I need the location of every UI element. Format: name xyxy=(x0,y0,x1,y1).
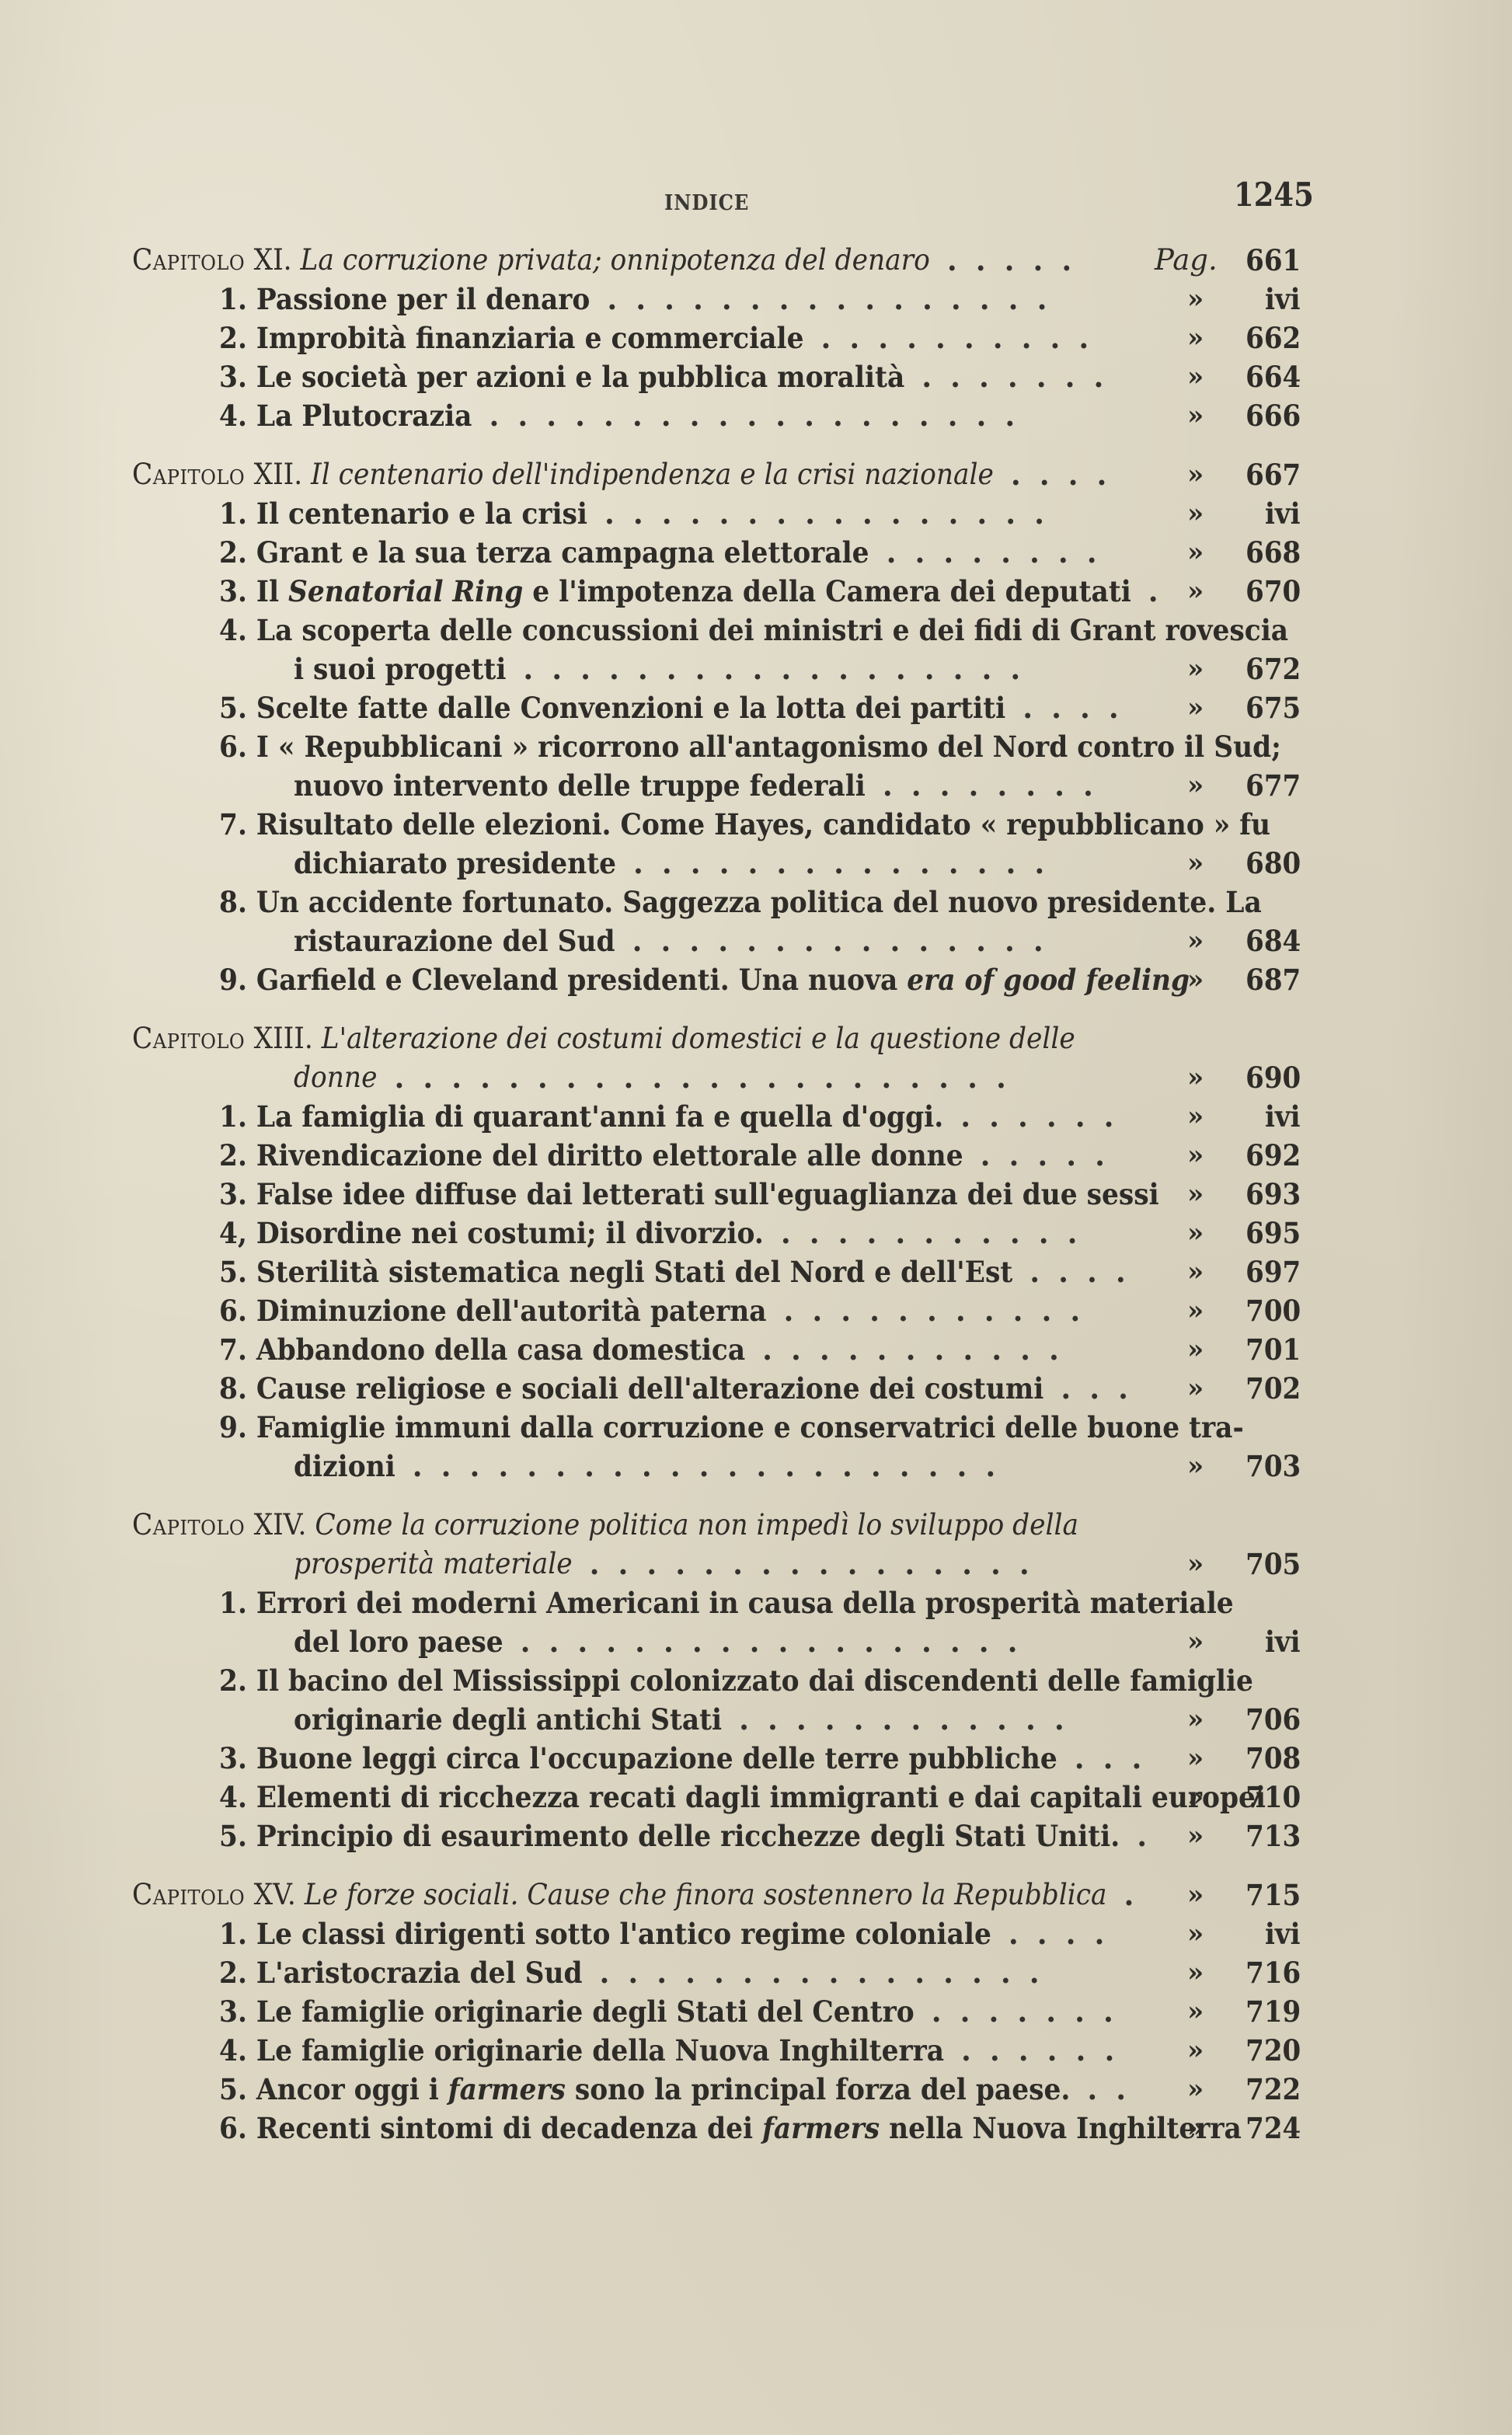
ditto-mark: » xyxy=(1187,844,1204,883)
ditto-mark: » xyxy=(1187,455,1204,494)
ditto-mark: » xyxy=(1187,1136,1204,1175)
leader-dots: ........ xyxy=(887,533,1116,572)
toc-entry[interactable]: 9. Garfield e Cleveland presidenti. Una … xyxy=(0,960,1512,999)
chapter-block: Capitolo XIII. L'alterazione dei costumi… xyxy=(0,1019,1512,1486)
toc-entry[interactable]: 2. Improbità finanziaria e commerciale»6… xyxy=(0,319,1512,357)
book-page: INDICE 1245 Capitolo XI. La corruzione p… xyxy=(0,0,1512,2435)
toc-entry[interactable]: 2. L'aristocrazia del Sud»716...........… xyxy=(0,1953,1512,1992)
entry-title: 5. Scelte fatte dalle Convenzioni e la l… xyxy=(219,688,1005,727)
entry-page-number: 668 xyxy=(1245,533,1301,572)
toc-entry[interactable]: 3. False idee diffuse dai letterati sull… xyxy=(0,1175,1512,1214)
entry-page-number: 700 xyxy=(1245,1291,1301,1330)
entry-title: 3. False idee diffuse dai letterati sull… xyxy=(219,1175,1159,1214)
chapter-block: Capitolo XV. Le forze sociali. Cause che… xyxy=(0,1876,1512,2148)
entry-title: 2. Grant e la sua terza campagna elettor… xyxy=(219,533,869,572)
entry-page-number: 708 xyxy=(1245,1739,1301,1778)
chapter-number: XIV. xyxy=(254,1508,315,1541)
leader-dots: ... xyxy=(1061,1369,1147,1408)
toc-entry[interactable]: 2. Grant e la sua terza campagna elettor… xyxy=(0,533,1512,572)
ditto-mark: » xyxy=(1187,688,1204,727)
entry-page-number: 680 xyxy=(1245,844,1301,883)
entry-page-number: 713 xyxy=(1245,1817,1301,1855)
ditto-mark: » xyxy=(1187,1291,1204,1330)
toc-entry[interactable]: 3. Le famiglie originarie degli Stati de… xyxy=(0,1992,1512,2031)
entry-title: nuovo intervento delle truppe federali xyxy=(294,766,866,805)
chapter-title-text: L'alterazione dei costumi domestici e la… xyxy=(322,1022,1075,1055)
entry-page-number: 675 xyxy=(1245,688,1301,727)
ditto-mark: » xyxy=(1187,1992,1204,2031)
chapter-page-number: 705 xyxy=(1245,1545,1301,1583)
entry-title: 6. Recenti sintomi di decadenza dei farm… xyxy=(219,2109,1242,2148)
toc-entry[interactable]: 7. Abbandono della casa domestica»701...… xyxy=(0,1330,1512,1369)
ditto-mark: » xyxy=(1187,1622,1204,1661)
entry-page-number: 722 xyxy=(1245,2070,1301,2109)
entry-title: 8. Un accidente fortunato. Saggezza poli… xyxy=(219,883,1262,921)
leader-dots: ................... xyxy=(489,396,1033,435)
leader-dots: .................. xyxy=(523,650,1039,688)
leader-dots: ... xyxy=(1075,1739,1161,1778)
toc-entry[interactable]: 9. Famiglie immuni dalla corruzione e co… xyxy=(0,1408,1512,1447)
chapter-heading-continuation[interactable]: prosperità materiale»705................ xyxy=(0,1545,1512,1583)
entry-title: 4. La Plutocrazia xyxy=(219,396,472,435)
ditto-mark: » xyxy=(1187,1739,1204,1778)
leader-dots: ........... xyxy=(762,1330,1078,1369)
ditto-mark: » xyxy=(1187,1447,1204,1486)
entry-title: 9. Famiglie immuni dalla corruzione e co… xyxy=(219,1408,1244,1447)
entry-page-number: 693 xyxy=(1245,1175,1301,1214)
entry-title: 1. Passione per il denaro xyxy=(219,280,590,319)
chapter-title: Capitolo XIV. Come la corruzione politic… xyxy=(132,1506,1078,1545)
ditto-mark: » xyxy=(1187,921,1204,960)
chapter-label: Capitolo xyxy=(132,1508,254,1541)
toc-entry[interactable]: 4. Elementi di ricchezza recati dagli im… xyxy=(0,1778,1512,1817)
chapter-title: prosperità materiale xyxy=(294,1545,573,1583)
entry-title: 4, Disordine nei costumi; il divorzio. xyxy=(219,1214,764,1252)
entry-page-number: 702 xyxy=(1245,1369,1301,1408)
chapter-heading[interactable]: Capitolo XIV. Come la corruzione politic… xyxy=(0,1506,1512,1545)
chapter-heading[interactable]: Capitolo XIII. L'alterazione dei costumi… xyxy=(0,1019,1512,1058)
entry-title: 3. Le società per azioni e la pubblica m… xyxy=(219,357,904,396)
leader-dots: ................ xyxy=(600,1953,1058,1992)
entry-title: 1. La famiglia di quarant'anni fa e quel… xyxy=(219,1097,943,1136)
toc-entry[interactable]: 7. Risultato delle elezioni. Come Hayes,… xyxy=(0,805,1512,844)
toc-entry[interactable]: 3. Le società per azioni e la pubblica m… xyxy=(0,357,1512,396)
entry-page-number: 716 xyxy=(1245,1953,1301,1992)
leader-dots: ........... xyxy=(781,1214,1096,1252)
toc-entry[interactable]: 4. La scoperta delle concussioni dei min… xyxy=(0,611,1512,650)
entry-page-number: 684 xyxy=(1245,921,1301,960)
chapter-number: XV. xyxy=(254,1878,305,1911)
leader-dots: ....... xyxy=(932,1992,1132,2031)
entry-title: 9. Garfield e Cleveland presidenti. Una … xyxy=(219,960,1190,999)
page-number: 1245 xyxy=(1234,176,1314,214)
entry-page-number: 672 xyxy=(1245,650,1301,688)
entry-page-number: 677 xyxy=(1245,766,1301,805)
leader-dots: ........ xyxy=(883,766,1112,805)
chapter-title-text: La corruzione privata; onnipotenza del d… xyxy=(301,243,930,277)
ditto-mark: » xyxy=(1187,1817,1204,1855)
toc-entry[interactable]: 4. Le famiglie originarie della Nuova In… xyxy=(0,2031,1512,2070)
entry-page-number: 664 xyxy=(1245,357,1301,396)
italic-phrase: Senatorial Ring xyxy=(288,574,523,608)
toc-entry[interactable]: 8. Un accidente fortunato. Saggezza poli… xyxy=(0,883,1512,921)
toc-entry[interactable]: 1. Il centenario e la crisi»ivi.........… xyxy=(0,494,1512,533)
leader-dots: ..... xyxy=(947,241,1090,280)
ditto-mark: » xyxy=(1187,1330,1204,1369)
leader-dots: ................ xyxy=(607,280,1065,319)
chapter-heading-continuation[interactable]: donne»690...................... xyxy=(0,1058,1512,1097)
entry-title: 3. Il Senatorial Ring e l'impotenza dell… xyxy=(219,572,1131,611)
toc-entry[interactable]: 4, Disordine nei costumi; il divorzio.»6… xyxy=(0,1214,1512,1252)
ditto-mark: » xyxy=(1187,357,1204,396)
ditto-mark: » xyxy=(1187,1545,1204,1583)
ditto-mark: » xyxy=(1187,1700,1204,1739)
toc-entry[interactable]: 6. I « Repubblicani » ricorrono all'anta… xyxy=(0,727,1512,766)
ditto-mark: » xyxy=(1187,572,1204,611)
entry-page-number: 670 xyxy=(1245,572,1301,611)
entry-title: 2. Improbità finanziaria e commerciale xyxy=(219,319,803,357)
toc-entry-continuation[interactable]: dizioni»703..................... xyxy=(0,1447,1512,1486)
leader-dots: ................ xyxy=(604,494,1063,533)
leader-dots: ...................... xyxy=(394,1058,1024,1097)
entry-page-number: ivi xyxy=(1265,494,1301,533)
entry-title: 2. L'aristocrazia del Sud xyxy=(219,1953,583,1992)
leader-dots: ...... xyxy=(960,1097,1132,1136)
entry-title: originarie degli antichi Stati xyxy=(294,1700,722,1739)
entry-title: 5. Sterilità sistematica negli Stati del… xyxy=(219,1252,1012,1291)
chapter-label: Capitolo xyxy=(132,243,254,277)
entry-page-number: 695 xyxy=(1245,1214,1301,1252)
entry-page-number: 692 xyxy=(1245,1136,1301,1175)
entry-title: 7. Risultato delle elezioni. Come Hayes,… xyxy=(219,805,1270,844)
chapter-page-number: 690 xyxy=(1245,1058,1301,1097)
entry-title: i suoi progetti xyxy=(294,650,506,688)
chapter-label: Capitolo xyxy=(132,1022,254,1055)
toc-entry[interactable]: 5. Scelte fatte dalle Convenzioni e la l… xyxy=(0,688,1512,727)
leader-dots: ............ xyxy=(739,1700,1083,1739)
entry-title: 7. Abbandono della casa domestica xyxy=(219,1330,745,1369)
italic-phrase: farmers xyxy=(762,2111,880,2145)
chapter-label: Capitolo xyxy=(132,1878,254,1911)
italic-phrase: farmers xyxy=(448,2072,566,2106)
chapter-page-number: 715 xyxy=(1245,1876,1301,1914)
entry-page-number: ivi xyxy=(1265,1622,1301,1661)
ditto-mark: » xyxy=(1187,280,1204,319)
chapter-heading[interactable]: Capitolo XI. La corruzione privata; onni… xyxy=(0,241,1512,280)
leader-dots: ...... xyxy=(961,2031,1133,2070)
ditto-mark: » xyxy=(1187,2109,1204,2148)
entry-page-number: 720 xyxy=(1245,2031,1301,2070)
entry-title: 4. La scoperta delle concussioni dei min… xyxy=(219,611,1288,650)
entry-page-number: 687 xyxy=(1245,960,1301,999)
ditto-mark: » xyxy=(1187,319,1204,357)
chapter-block: Capitolo XII. Il centenario dell'indipen… xyxy=(0,455,1512,999)
running-head: INDICE 1245 xyxy=(0,180,1512,219)
chapter-title-text: Le forze sociali. Cause che finora soste… xyxy=(305,1878,1107,1911)
chapter-title-text: donne xyxy=(294,1061,377,1094)
leader-dots: .... xyxy=(1029,1252,1144,1291)
leader-dots: . xyxy=(1124,1876,1153,1914)
ditto-mark: » xyxy=(1187,1058,1204,1097)
toc-entry[interactable]: 6. Recenti sintomi di decadenza dei farm… xyxy=(0,2109,1512,2148)
leader-dots: .. xyxy=(1087,2070,1144,2109)
toc-entry[interactable]: 3. Il Senatorial Ring e l'impotenza dell… xyxy=(0,572,1512,611)
toc-entry[interactable]: 6. Diminuzione dell'autorità paterna»700… xyxy=(0,1291,1512,1330)
chapter-heading[interactable]: Capitolo XII. Il centenario dell'indipen… xyxy=(0,455,1512,494)
ditto-mark: » xyxy=(1187,1097,1204,1136)
running-title: INDICE xyxy=(664,191,749,215)
entry-title: 5. Principio di esaurimento delle ricche… xyxy=(219,1817,1120,1855)
entry-title: 6. I « Repubblicani » ricorrono all'anta… xyxy=(219,727,1281,766)
toc-entry[interactable]: 5. Principio di esaurimento delle ricche… xyxy=(0,1817,1512,1855)
ditto-mark: » xyxy=(1187,2031,1204,2070)
toc-entry[interactable]: 8. Cause religiose e sociali dell'altera… xyxy=(0,1369,1512,1408)
chapter-title: donne xyxy=(294,1058,377,1097)
leader-dots: .................. xyxy=(521,1622,1036,1661)
ditto-mark: » xyxy=(1187,1953,1204,1992)
chapter-number: XI. xyxy=(254,243,301,277)
ditto-mark: » xyxy=(1187,650,1204,688)
leader-dots: .... xyxy=(1023,688,1137,727)
entry-title: 3. Le famiglie originarie degli Stati de… xyxy=(219,1992,915,2031)
chapter-number: XIII. xyxy=(254,1022,322,1055)
chapter-title-text: prosperità materiale xyxy=(294,1547,573,1580)
toc-entry[interactable]: 2. Il bacino del Mississippi colonizzato… xyxy=(0,1661,1512,1700)
entry-title: 3. Buone leggi circa l'occupazione delle… xyxy=(219,1739,1057,1778)
entry-title: del loro paese xyxy=(294,1622,503,1661)
ditto-mark: » xyxy=(1187,1252,1204,1291)
entry-page-number: 710 xyxy=(1245,1778,1301,1817)
leader-dots: .... xyxy=(1011,455,1126,494)
leader-dots: ....... xyxy=(921,357,1122,396)
toc-entry[interactable]: 1. Passione per il denaro»ivi...........… xyxy=(0,280,1512,319)
ditto-mark: » xyxy=(1187,960,1204,999)
toc-entry-continuation[interactable]: ristaurazione del Sud»684............... xyxy=(0,921,1512,960)
chapter-title: Capitolo XIII. L'alterazione dei costumi… xyxy=(132,1019,1075,1058)
entry-page-number: ivi xyxy=(1265,280,1301,319)
leader-dots: ..... xyxy=(981,1136,1124,1175)
leader-dots: . xyxy=(1137,1817,1165,1855)
entry-title: dichiarato presidente xyxy=(294,844,616,883)
leader-dots: ........... xyxy=(784,1291,1099,1330)
entry-title: 1. Le classi dirigenti sotto l'antico re… xyxy=(219,1914,991,1953)
entry-page-number: 719 xyxy=(1245,1992,1301,2031)
entry-title: 2. Il bacino del Mississippi colonizzato… xyxy=(219,1661,1253,1700)
leader-dots: ..................... xyxy=(413,1447,1015,1486)
entry-page-number: 662 xyxy=(1245,319,1301,357)
entry-title: 1. Il centenario e la crisi xyxy=(219,494,587,533)
leader-dots: . xyxy=(1148,572,1177,611)
toc-entry-continuation[interactable]: nuovo intervento delle truppe federali»6… xyxy=(0,766,1512,805)
entry-title: 2. Rivendicazione del diritto elettorale… xyxy=(219,1136,963,1175)
page-prefix: Pag. xyxy=(1155,241,1218,280)
ditto-mark: » xyxy=(1187,533,1204,572)
toc-entry-continuation[interactable]: dichiarato presidente»680............... xyxy=(0,844,1512,883)
toc-entry-continuation[interactable]: i suoi progetti»672.................. xyxy=(0,650,1512,688)
entry-page-number: ivi xyxy=(1265,1914,1301,1953)
entry-page-number: 697 xyxy=(1245,1252,1301,1291)
chapter-title: Capitolo XV. Le forze sociali. Cause che… xyxy=(132,1876,1107,1914)
chapter-block: Capitolo XIV. Come la corruzione politic… xyxy=(0,1506,1512,1855)
entry-page-number: 703 xyxy=(1245,1447,1301,1486)
table-of-contents: Capitolo XI. La corruzione privata; onni… xyxy=(0,241,1512,2168)
ditto-mark: » xyxy=(1187,1369,1204,1408)
toc-entry[interactable]: 4. La Plutocrazia»666................... xyxy=(0,396,1512,435)
toc-entry[interactable]: 5. Ancor oggi i farmers sono la principa… xyxy=(0,2070,1512,2109)
ditto-mark: » xyxy=(1187,1175,1204,1214)
entry-title: 5. Ancor oggi i farmers sono la principa… xyxy=(219,2070,1070,2109)
leader-dots: ............... xyxy=(632,921,1062,960)
chapter-page-number: 661 xyxy=(1245,241,1301,280)
entry-page-number: 666 xyxy=(1245,396,1301,435)
toc-entry[interactable]: 5. Sterilità sistematica negli Stati del… xyxy=(0,1252,1512,1291)
entry-title: 8. Cause religiose e sociali dell'altera… xyxy=(219,1369,1043,1408)
entry-title: dizioni xyxy=(294,1447,395,1486)
chapter-heading[interactable]: Capitolo XV. Le forze sociali. Cause che… xyxy=(0,1876,1512,1914)
leader-dots: .... xyxy=(1009,1914,1124,1953)
ditto-mark: » xyxy=(1187,1914,1204,1953)
chapter-page-number: 667 xyxy=(1245,455,1301,494)
entry-title: 6. Diminuzione dell'autorità paterna xyxy=(219,1291,767,1330)
ditto-mark: » xyxy=(1187,2070,1204,2109)
ditto-mark: » xyxy=(1187,1214,1204,1252)
toc-entry[interactable]: 1. Le classi dirigenti sotto l'antico re… xyxy=(0,1914,1512,1953)
toc-entry[interactable]: 1. Errori dei moderni Americani in causa… xyxy=(0,1583,1512,1622)
toc-entry[interactable]: 1. La famiglia di quarant'anni fa e quel… xyxy=(0,1097,1512,1136)
ditto-mark: » xyxy=(1187,1876,1204,1914)
ditto-mark: » xyxy=(1187,494,1204,533)
leader-dots: ................ xyxy=(590,1545,1048,1583)
toc-entry-continuation[interactable]: originarie degli antichi Stati»706......… xyxy=(0,1700,1512,1739)
chapter-number: XII. xyxy=(254,458,312,491)
chapter-label: Capitolo xyxy=(132,458,254,491)
entry-title: 4. Le famiglie originarie della Nuova In… xyxy=(219,2031,944,2070)
toc-entry[interactable]: 2. Rivendicazione del diritto elettorale… xyxy=(0,1136,1512,1175)
chapter-block: Capitolo XI. La corruzione privata; onni… xyxy=(0,241,1512,435)
leader-dots: ............... xyxy=(633,844,1063,883)
chapter-title: Capitolo XI. La corruzione privata; onni… xyxy=(132,241,930,280)
entry-title: 1. Errori dei moderni Americani in causa… xyxy=(219,1583,1234,1622)
leader-dots: .......... xyxy=(820,319,1107,357)
toc-entry-continuation[interactable]: del loro paese»ivi.................. xyxy=(0,1622,1512,1661)
entry-title: ristaurazione del Sud xyxy=(294,921,615,960)
chapter-title-text: Come la corruzione politica non impedì l… xyxy=(315,1508,1078,1541)
chapter-title-text: Il centenario dell'indipendenza e la cri… xyxy=(311,458,994,491)
ditto-mark: » xyxy=(1187,766,1204,805)
chapter-title: Capitolo XII. Il centenario dell'indipen… xyxy=(132,455,994,494)
ditto-mark: » xyxy=(1187,396,1204,435)
ditto-mark: » xyxy=(1187,1778,1204,1817)
italic-phrase: era of good feeling xyxy=(907,963,1190,997)
toc-entry[interactable]: 3. Buone leggi circa l'occupazione delle… xyxy=(0,1739,1512,1778)
entry-page-number: 706 xyxy=(1245,1700,1301,1739)
entry-page-number: 724 xyxy=(1245,2109,1301,2148)
entry-page-number: ivi xyxy=(1265,1097,1301,1136)
entry-title: 4. Elementi di ricchezza recati dagli im… xyxy=(219,1778,1266,1817)
entry-page-number: 701 xyxy=(1245,1330,1301,1369)
